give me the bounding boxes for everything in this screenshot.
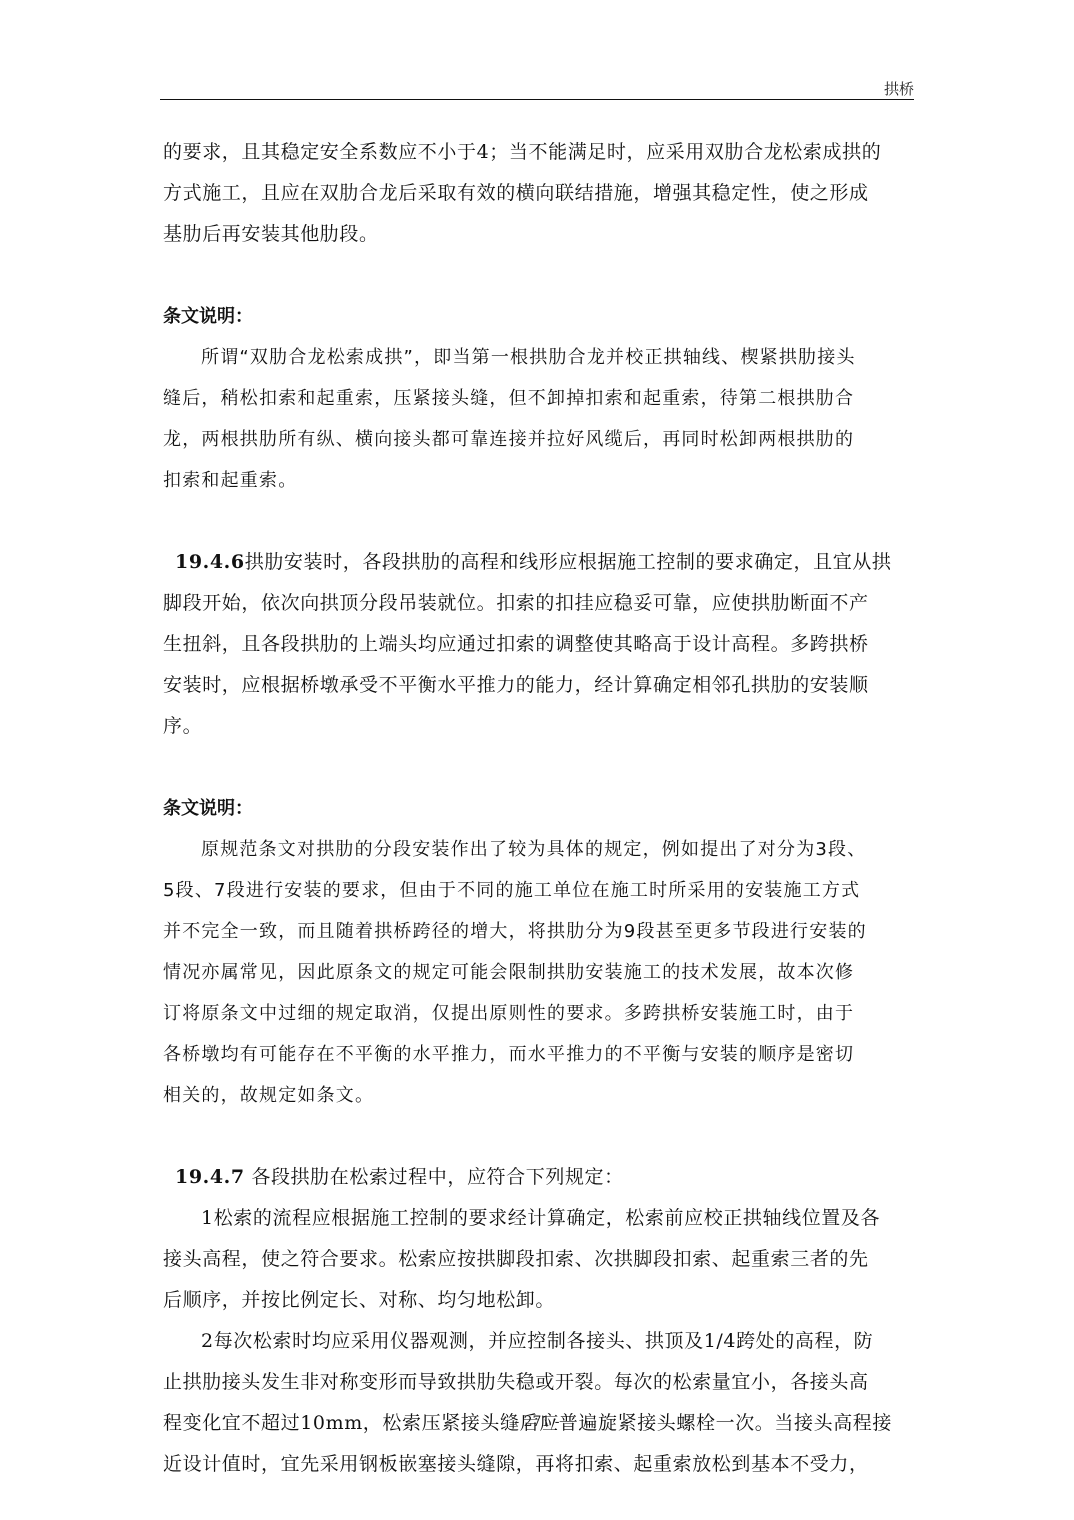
clause-explanation-1: 条文说明： 所谓“双肋合龙松索成拱”，即当第一根拱肋合龙并校正拱轴线、楔紧拱肋接… <box>163 296 913 501</box>
clause-explanation-2: 条文说明： 原规范条文对拱肋的分段安装作出了较为具体的规定，例如提出了对分为3段… <box>163 788 913 1116</box>
text-line: 序。 <box>163 706 913 747</box>
text-line: 缝后，稍松扣索和起重索，压紧接头缝，但不卸掉扣索和起重索，待第二根拱肋合 <box>163 378 913 419</box>
text-line: 情况亦属常见，因此原条文的规定可能会限制拱肋安装施工的技术发展，故本次修 <box>163 952 913 993</box>
text-line: 近设计值时，宜先采用钢板嵌塞接头缝隙，再将扣索、起重索放松到基本不受力， <box>163 1444 913 1485</box>
header-rule <box>160 99 914 100</box>
text-line: 后顺序，并按比例定长、对称、均匀地松卸。 <box>163 1280 913 1321</box>
list-item-1-line: 1松索的流程应根据施工控制的要求经计算确定，松索前应校正拱轴线位置及各 <box>163 1198 913 1239</box>
running-header-title: 拱桥 <box>884 78 914 99</box>
text-line: 生扭斜，且各段拱肋的上端头均应通过扣索的调整使其略高于设计高程。多跨拱桥 <box>163 624 913 665</box>
text-line: 的要求，且其稳定安全系数应不小于4；当不能满足时，应采用双肋合龙松索成拱的 <box>163 132 913 173</box>
explanation-heading: 条文说明： <box>163 296 913 337</box>
spacer <box>163 255 913 296</box>
list-item-2-line: 2每次松索时均应采用仪器观测，并应控制各接头、拱顶及1/4跨处的高程，防 <box>163 1321 913 1362</box>
clause-number: 19.4.6 <box>175 551 245 573</box>
text-span: 拱肋安装时，各段拱肋的高程和线形应根据施工控制的要求确定，且宜从拱 <box>245 551 892 573</box>
clause-number: 19.4.7 <box>175 1166 245 1188</box>
explanation-heading: 条文说明： <box>163 788 913 829</box>
page-body: 的要求，且其稳定安全系数应不小于4；当不能满足时，应采用双肋合龙松索成拱的 方式… <box>163 132 913 1485</box>
text-line: 各桥墩均有可能存在不平衡的水平推力，而水平推力的不平衡与安装的顺序是密切 <box>163 1034 913 1075</box>
text-line: 基肋后再安装其他肋段。 <box>163 214 913 255</box>
text-line: 扣索和起重索。 <box>163 460 913 501</box>
text-line: 并不完全一致，而且随着拱桥跨径的增大，将拱肋分为9段甚至更多节段进行安装的 <box>163 911 913 952</box>
text-line: 5段、7段进行安装的要求，但由于不同的施工单位在施工时所采用的安装施工方式 <box>163 870 913 911</box>
text-line: 所谓“双肋合龙松索成拱”，即当第一根拱肋合龙并校正拱轴线、楔紧拱肋接头 <box>163 337 913 378</box>
spacer <box>163 1116 913 1157</box>
text-line: 止拱肋接头发生非对称变形而导致拱肋失稳或开裂。每次的松索量宜小，各接头高 <box>163 1362 913 1403</box>
spacer <box>163 747 913 788</box>
text-line: 相关的，故规定如条文。 <box>163 1075 913 1116</box>
text-line: 接头高程，使之符合要求。松索应按拱脚段扣索、次拱脚段扣索、起重索三者的先 <box>163 1239 913 1280</box>
text-line: 龙，两根拱肋所有纵、横向接头都可靠连接并拉好风缆后，再同时松卸两根拱肋的 <box>163 419 913 460</box>
page-number: - 271 - <box>0 1414 1074 1430</box>
text-line: 脚段开始，依次向拱顶分段吊装就位。扣索的扣挂应稳妥可靠，应使拱肋断面不产 <box>163 583 913 624</box>
spacer <box>163 501 913 542</box>
clause-19-4-7: 19.4.7 各段拱肋在松索过程中，应符合下列规定： 1松索的流程应根据施工控制… <box>163 1157 913 1485</box>
text-line: 订将原条文中过细的规定取消，仅提出原则性的要求。多跨拱桥安装施工时，由于 <box>163 993 913 1034</box>
text-line: 原规范条文对拱肋的分段安装作出了较为具体的规定，例如提出了对分为3段、 <box>163 829 913 870</box>
continuation-paragraph: 的要求，且其稳定安全系数应不小于4；当不能满足时，应采用双肋合龙松索成拱的 方式… <box>163 132 913 255</box>
text-span: 各段拱肋在松索过程中，应符合下列规定： <box>245 1166 624 1188</box>
text-line: 方式施工，且应在双肋合龙后采取有效的横向联结措施，增强其稳定性，使之形成 <box>163 173 913 214</box>
clause-19-4-6: 19.4.6拱肋安装时，各段拱肋的高程和线形应根据施工控制的要求确定，且宜从拱 … <box>163 542 913 747</box>
text-line: 安装时，应根据桥墩承受不平衡水平推力的能力，经计算确定相邻孔拱肋的安装顺 <box>163 665 913 706</box>
